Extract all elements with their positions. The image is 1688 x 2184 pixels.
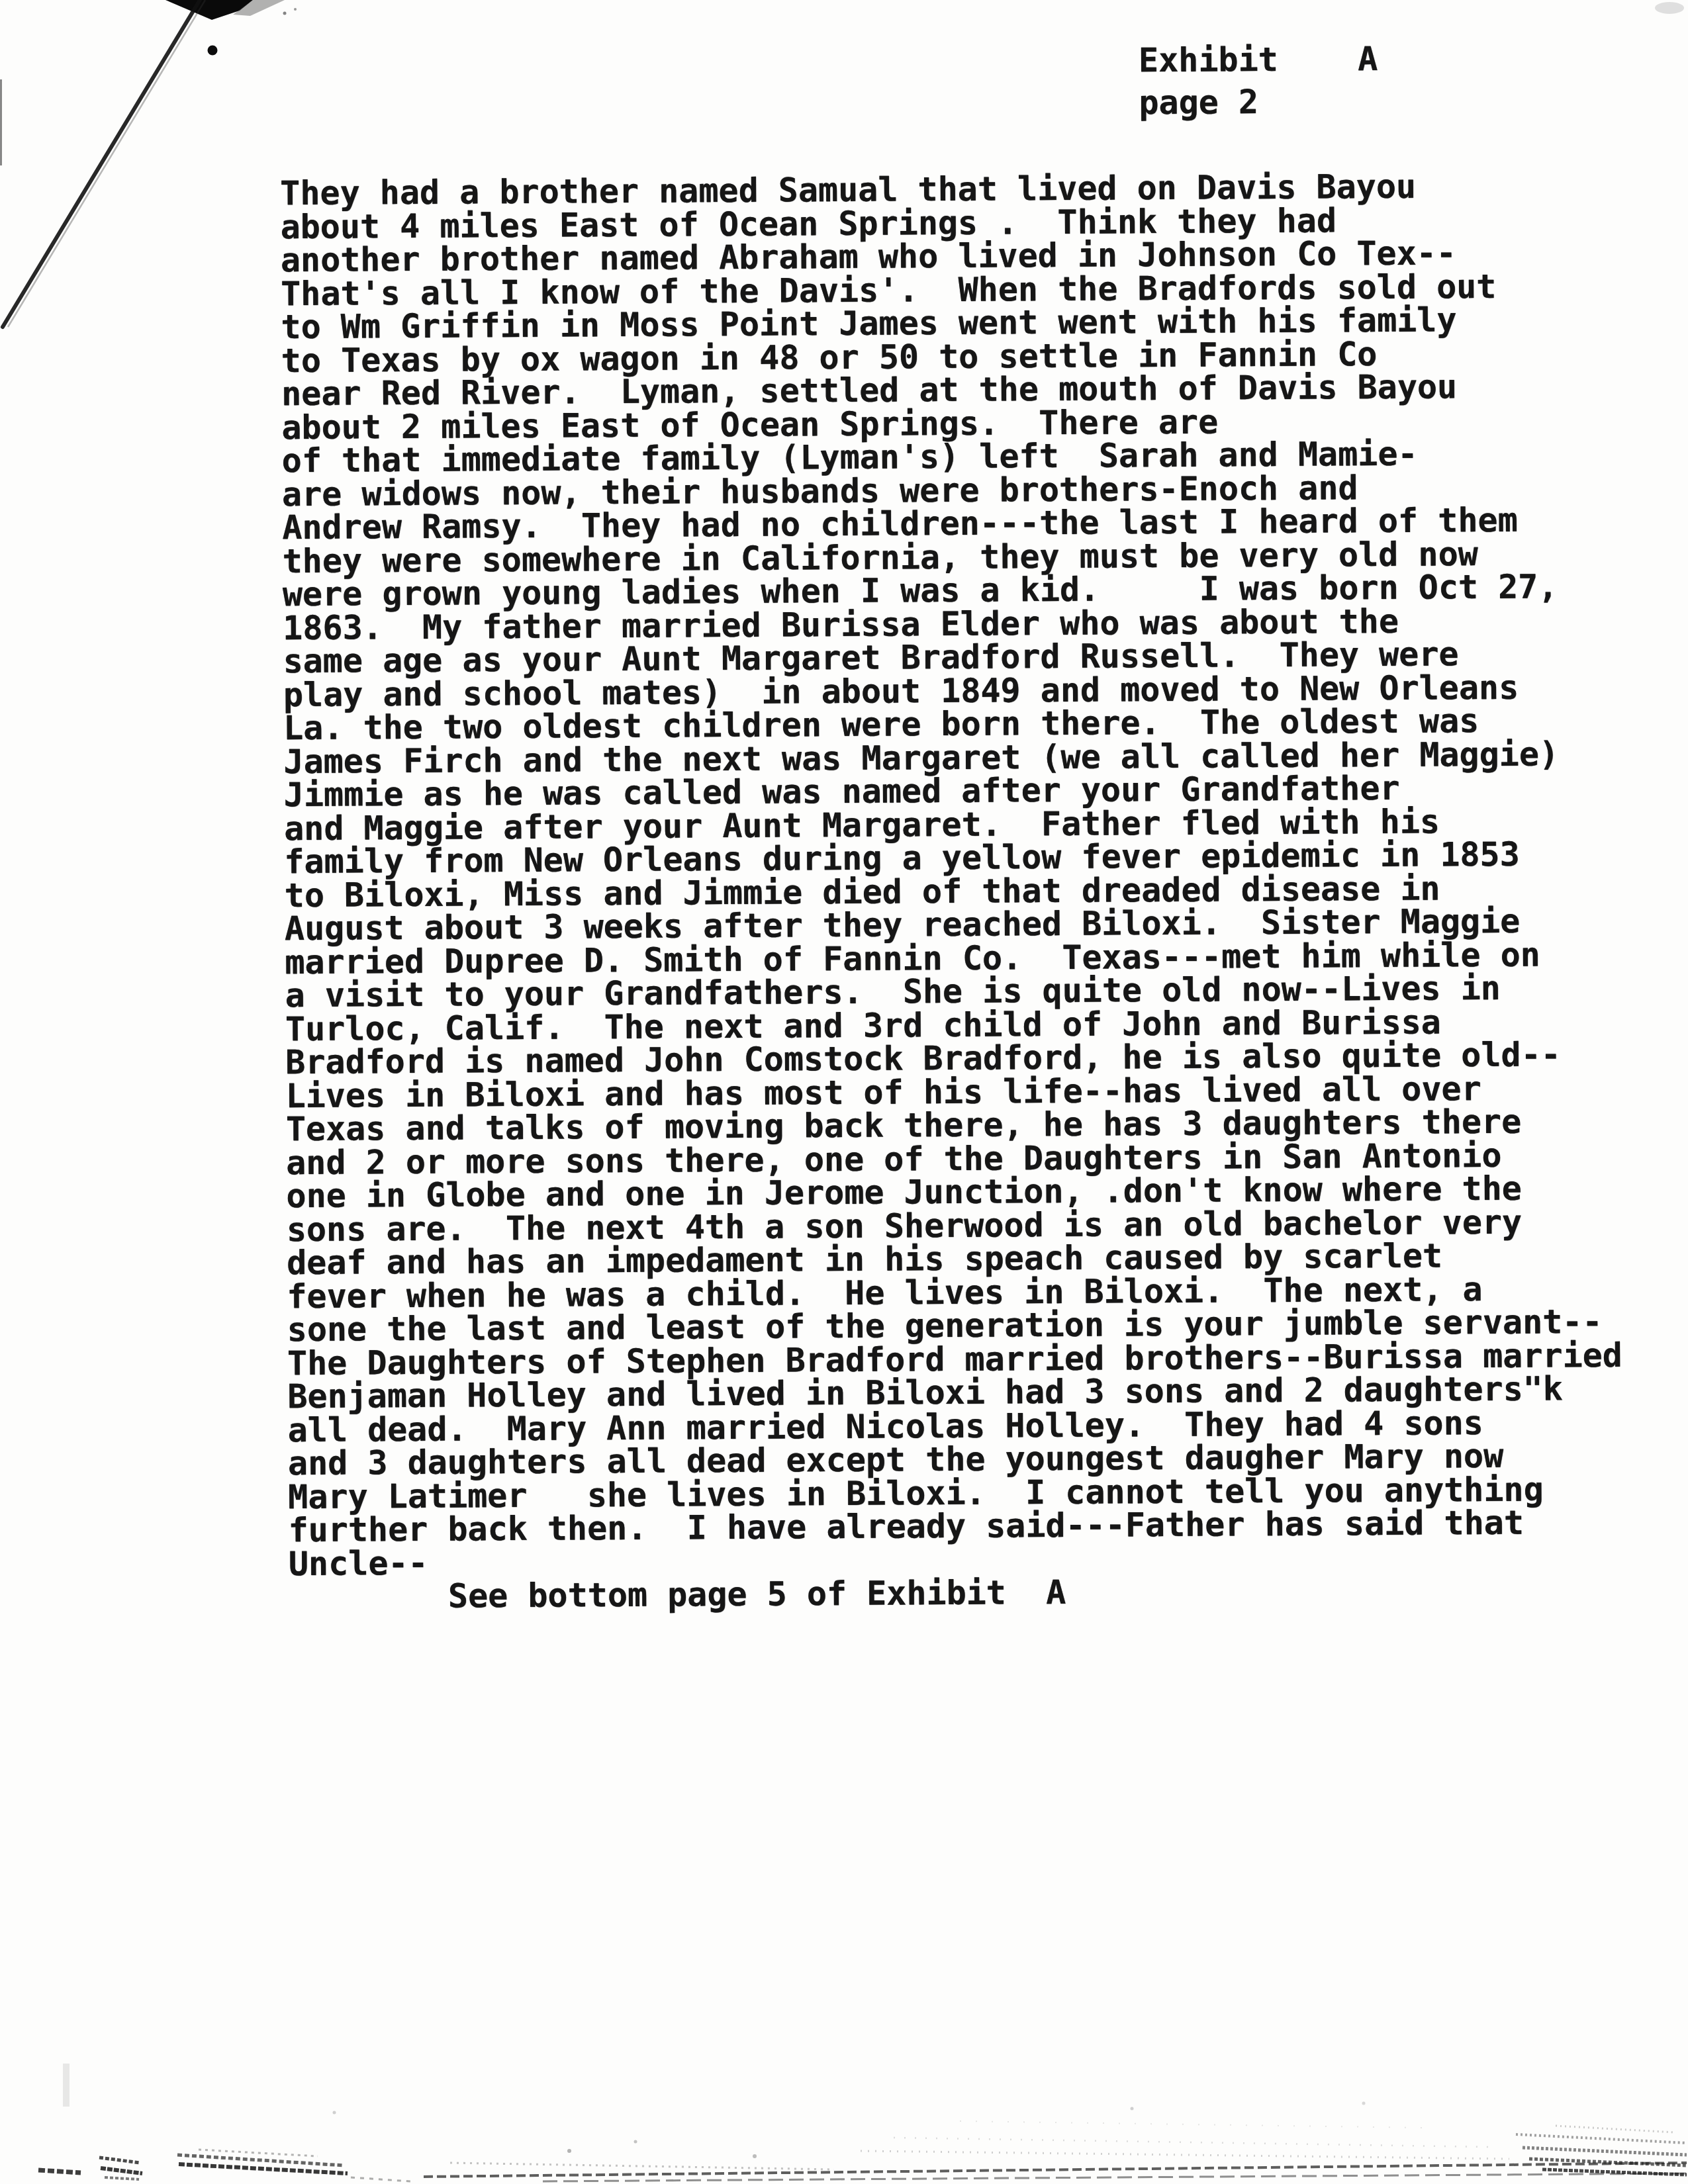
page-content: Exhibit A page 2 They had a brother name… [0,0,1688,2184]
typed-body-text: They had a brother named Samual that liv… [280,169,1624,1614]
scanned-document-page: { "colors": { "ink": "#161616", "paper":… [0,0,1688,2184]
exhibit-header: Exhibit A page 2 [1139,38,1378,124]
